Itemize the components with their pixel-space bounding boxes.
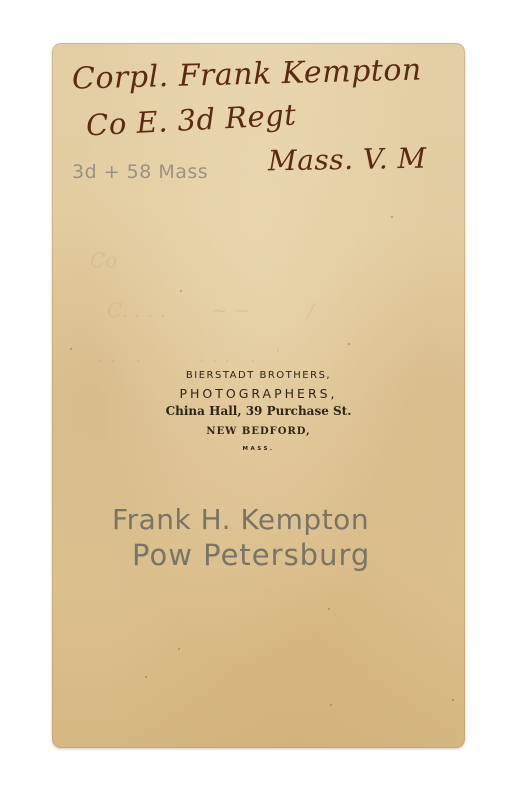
- pencil-note-bottom-line-1: Frank H. Kempton: [112, 503, 369, 536]
- scan-background: Co C. . . . ~ ~ / . . . . . . . ' Corpl.…: [0, 0, 517, 800]
- pencil-note-bottom-line-2: Pow Petersburg: [132, 538, 370, 572]
- paper-speck: [348, 343, 350, 345]
- paper-speck: [70, 348, 72, 350]
- imprint-city: NEW BEDFORD,: [52, 426, 465, 437]
- imprint-studio-name: BIERSTADT BROTHERS,: [52, 370, 465, 381]
- ghost-writing: . . . . . . . ': [97, 343, 281, 367]
- paper-speck: [178, 648, 180, 650]
- photo-card-back: Co C. . . . ~ ~ / . . . . . . . ' Corpl.…: [52, 43, 465, 748]
- imprint-state: MASS.: [52, 446, 465, 452]
- imprint-title: PHOTOGRAPHERS,: [52, 386, 465, 401]
- paper-speck: [452, 699, 454, 701]
- ink-inscription-line-2: Co E. 3d Regt: [85, 98, 297, 143]
- ink-inscription-line-3: Mass. V. M: [268, 142, 427, 178]
- paper-speck: [145, 676, 147, 678]
- ghost-writing: Co: [90, 248, 117, 272]
- pencil-note-top: 3d + 58 Mass: [72, 161, 208, 183]
- ink-inscription-line-1: Corpl. Frank Kempton: [72, 52, 423, 96]
- paper-speck: [328, 608, 330, 610]
- paper-speck: [180, 290, 182, 292]
- imprint-address: China Hall, 39 Purchase St.: [52, 404, 465, 418]
- paper-speck: [330, 704, 332, 706]
- ghost-writing: C. . . . ~ ~ /: [107, 298, 314, 322]
- paper-speck: [391, 216, 393, 218]
